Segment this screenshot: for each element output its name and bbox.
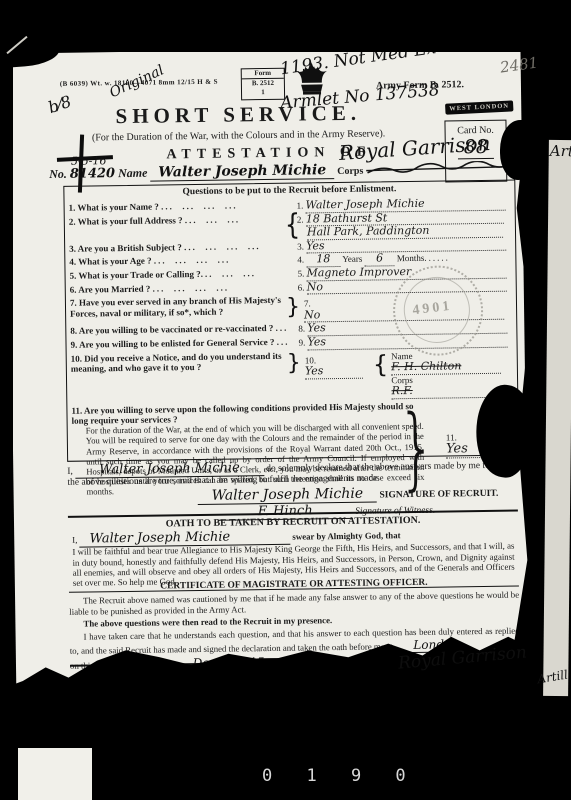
name-label: Name	[118, 166, 148, 180]
film-edge-top	[0, 0, 571, 52]
oath-lead: swear by Almighty God, that	[292, 530, 400, 542]
adjacent-page-sliver: Artil Artill	[543, 140, 571, 696]
answer-notice: Yes	[305, 365, 363, 379]
question-row-10: 10. Did you receive a Notice, and do you…	[67, 347, 518, 403]
obliteration-blob-over-text-2	[250, 674, 435, 689]
obliteration-blob-over-text	[190, 658, 390, 675]
oath-i: I,	[72, 534, 77, 544]
form-title: SHORT SERVICE.	[68, 100, 408, 130]
notice-giver-name: F. H. Chilton	[391, 360, 501, 375]
frame-counter: 0 1 9 0	[262, 766, 418, 786]
declaration-i: I,	[67, 467, 73, 477]
film-edge-left	[0, 0, 13, 800]
declaration-text1: do solemnly declare that the above answe…	[266, 461, 490, 474]
form-box-line3: 1	[242, 87, 284, 96]
form-box-line2: B. 2512	[242, 78, 284, 88]
recruit-signature-label: SIGNATURE OF RECRUIT.	[379, 489, 498, 501]
corps-label: Corps	[337, 166, 363, 177]
hw-attestation-corps-overflow: Artil	[550, 142, 571, 160]
form-number-box: Form B. 2512 1	[241, 68, 285, 101]
west-london-stamp: WEST LONDON	[445, 100, 513, 114]
attestation-form-page: (B 6039) Wt. w. 18100—4071 8mm 12/15 H &…	[7, 46, 529, 707]
answer-address-2: Hall Park, Paddington	[307, 224, 503, 240]
no-label: No.	[49, 167, 67, 181]
service-number: 81420	[70, 166, 115, 182]
recruit-name: Walter Joseph Michie	[150, 162, 334, 182]
film-frame-marker	[18, 748, 92, 800]
microfilm-scan: (B 6039) Wt. w. 18100—4071 8mm 12/15 H &…	[0, 0, 571, 800]
corps-struck-entry	[366, 161, 516, 179]
